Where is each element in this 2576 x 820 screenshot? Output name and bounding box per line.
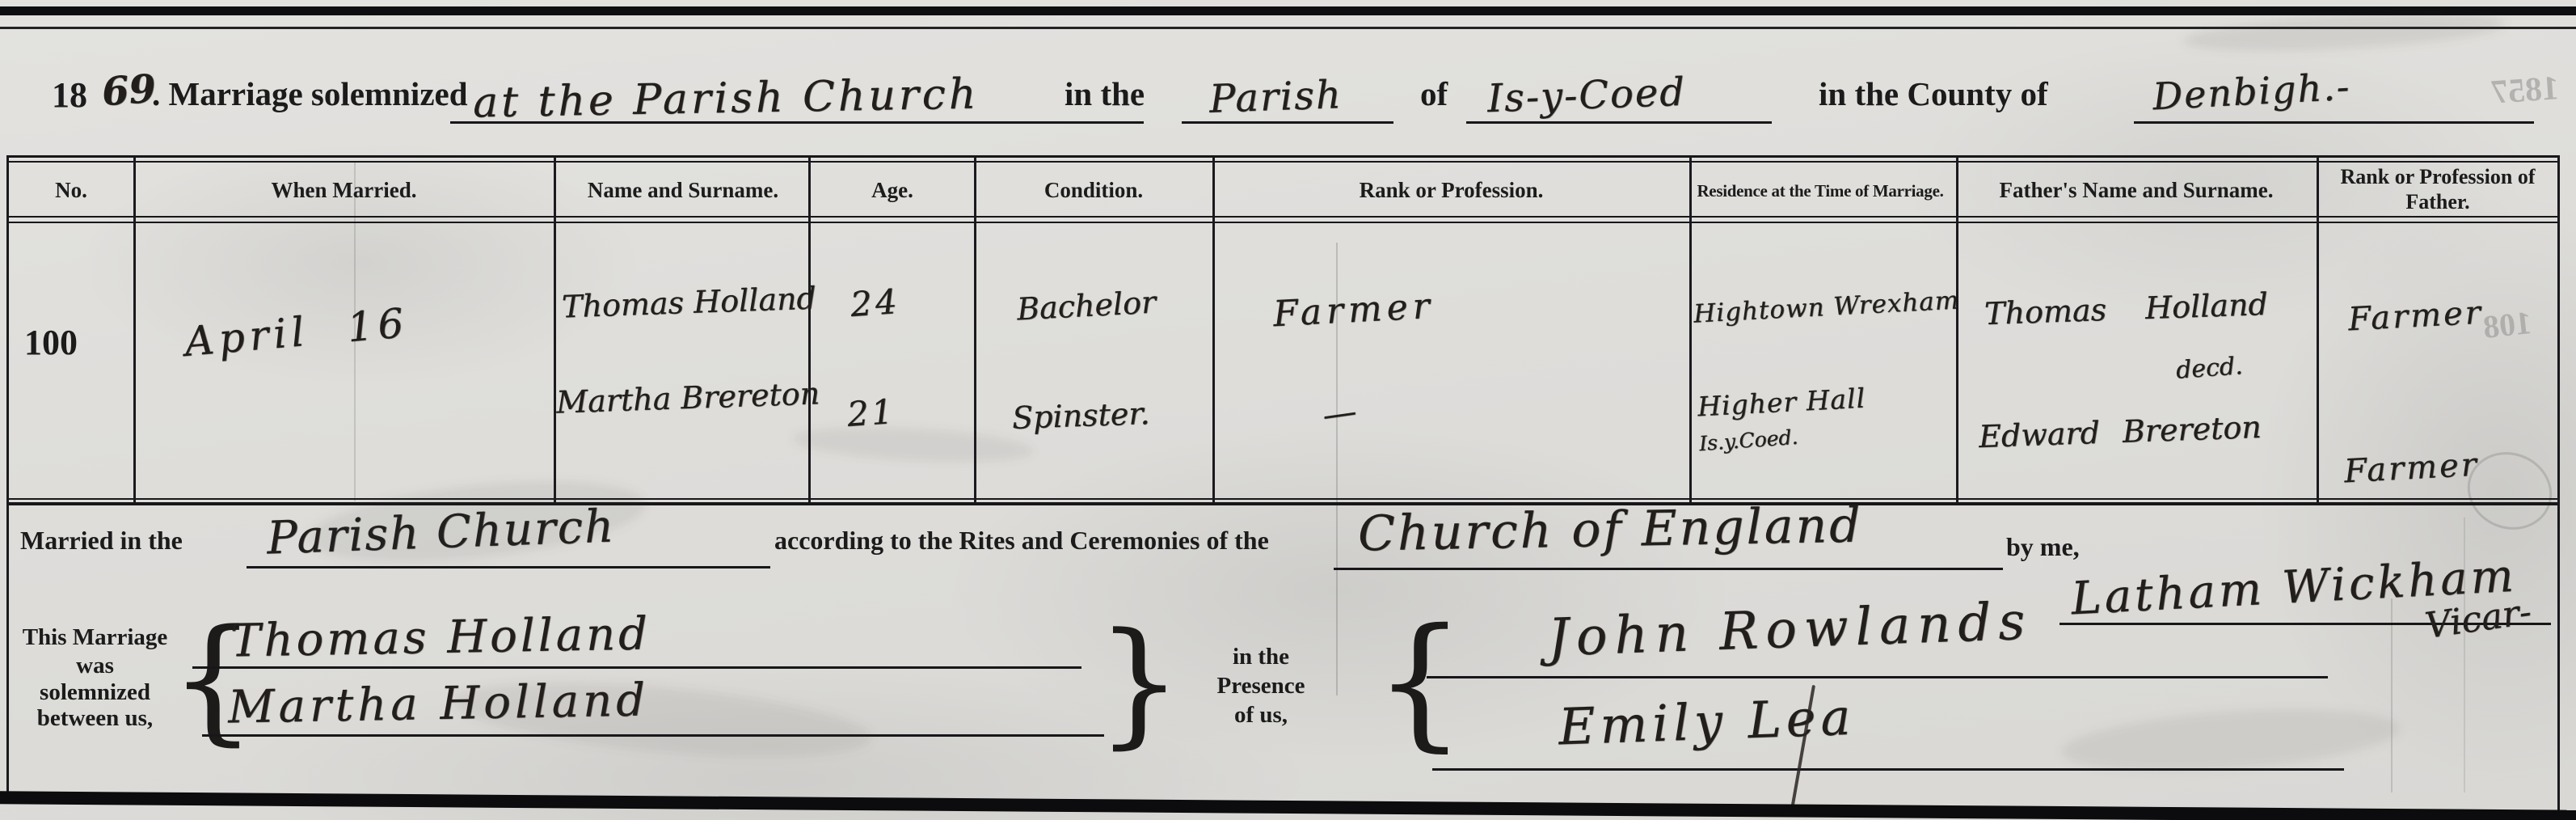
bleed-year-artifact: 1857	[2490, 69, 2560, 112]
ghost-smudge-2	[451, 669, 875, 770]
witness1-underline	[1427, 676, 2328, 678]
groom-condition: Bachelor	[1016, 285, 1157, 328]
groom-name: Thomas Holland	[561, 281, 816, 325]
col-header-father-name: Father's Name and Surname.	[1958, 178, 2314, 203]
marriage-label-line-0: This Marriage	[8, 624, 182, 651]
entry-no: 100	[24, 322, 78, 363]
groom-father-name: Thomas Holland	[1984, 286, 2268, 332]
col-line-name	[808, 157, 811, 503]
witness-open-brace: {	[1374, 613, 1465, 750]
bottom-border-band	[0, 791, 2576, 820]
groom-profession: Farmer	[1272, 285, 1436, 335]
denomination-underline	[1334, 568, 2003, 570]
col-line-condition	[1212, 157, 1215, 503]
bride-father-profession: Farmer	[2343, 446, 2480, 491]
crease-line-1	[354, 162, 356, 501]
presence-label-line-1: Presence	[1164, 673, 1358, 700]
marriage-label-line-3: between us,	[8, 705, 182, 732]
rites-label: according to the Rites and Ceremonies of…	[774, 526, 1269, 556]
col-line-when	[554, 157, 556, 503]
church-underline	[247, 566, 770, 569]
bride-residence: Higher Hall	[1697, 383, 1866, 423]
col-line-father	[2317, 157, 2319, 503]
header-solemnized-label: . Marriage solemnized	[152, 74, 468, 113]
header-in-the-label: in the	[1065, 74, 1145, 113]
header-district-handwritten: Parish	[1208, 72, 1343, 122]
bride-condition: Spinster.	[1011, 395, 1150, 436]
crease-line-2	[1336, 243, 1338, 695]
col-header-no: No.	[10, 178, 133, 203]
groom-father-note: decd.	[2175, 352, 2244, 385]
right-frame-line	[2557, 155, 2560, 812]
bride-name: Martha Brereton	[555, 375, 820, 420]
top-border-thin	[0, 27, 2576, 29]
top-border-thick	[0, 6, 2576, 15]
bride-profession-mark: —	[1320, 391, 1359, 434]
col-header-age: Age.	[812, 178, 972, 203]
col-header-name-surname: Name and Surname.	[533, 178, 833, 203]
header-underline-parish	[1466, 121, 1772, 124]
by-me-label: by me,	[2006, 532, 2080, 562]
col-line-no	[133, 157, 136, 503]
groom-age: 24	[849, 281, 901, 324]
col-header-rank-profession: Rank or Profession.	[1215, 178, 1688, 203]
header-parish-handwritten: Is-y-Coed	[1486, 70, 1687, 122]
bleed-vline-1	[2391, 598, 2393, 793]
married-in-label: Married in the	[20, 526, 183, 556]
groom-father-profession: Farmer	[2347, 294, 2484, 339]
col-header-condition: Condition.	[976, 178, 1211, 203]
col-header-when-married: When Married.	[136, 178, 552, 203]
header-year-printed: 18	[52, 74, 87, 116]
header-county-label: in the County of	[1819, 74, 2048, 113]
ghost-smudge-1	[304, 467, 649, 575]
denomination-handwritten: Church of England	[1357, 497, 1863, 563]
col-line-residence	[1956, 157, 1958, 503]
groom-signature: Thomas Holland	[230, 607, 651, 667]
header-place-handwritten: at the Parish Church	[473, 70, 980, 128]
col-line-rank	[1689, 157, 1692, 503]
header-county-handwritten: Denbigh.-	[2152, 65, 2352, 119]
header-year-handwritten: 69	[100, 66, 158, 116]
entry-when-married: April 16	[183, 299, 411, 366]
groom-signature-underline	[192, 666, 1081, 669]
bleed-vline-2	[2464, 518, 2465, 793]
header-bottom-rule-1	[8, 216, 2559, 218]
marriage-register-scan: 18 69 . Marriage solemnized at the Paris…	[0, 0, 2576, 820]
table-top-rule-2	[8, 161, 2559, 163]
ghost-smudge-5	[791, 422, 1035, 467]
header-underline-county	[2134, 121, 2534, 124]
groom-residence: Hightown Wrexham	[1693, 285, 1960, 328]
witness1-signature: John Rowlands	[1547, 592, 2033, 669]
marriage-label-line-1: was	[8, 653, 182, 679]
presence-label-line-0: in the	[1164, 644, 1358, 670]
bleed-number-artifact: 108	[2481, 303, 2534, 346]
presence-label-line-2: of us,	[1164, 702, 1358, 729]
table-top-rule-1	[8, 155, 2559, 158]
bride-residence-note: Is.y.Coed.	[1698, 425, 1798, 455]
bride-father-name: Edward Brereton	[1978, 409, 2262, 454]
header-bottom-rule-2	[8, 222, 2559, 223]
marriage-label-line-2: solemnized	[8, 679, 182, 706]
ghost-smudge-3	[2060, 700, 2402, 780]
header-of-label: of	[1420, 74, 1448, 113]
col-header-father-rank: Rank or Profession of Father.	[2328, 164, 2548, 214]
col-header-residence: Residence at the Time of Marriage.	[1680, 181, 1961, 201]
